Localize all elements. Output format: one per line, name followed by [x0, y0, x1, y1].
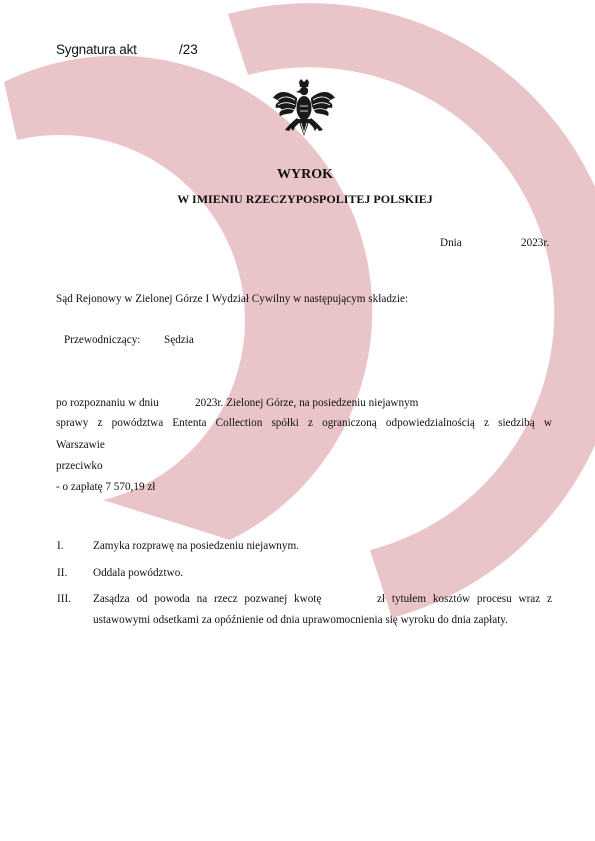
- ruling-text: Zasądza od powoda na rzecz pozwanej kwot…: [93, 593, 552, 606]
- against-label: przeciwko: [56, 460, 103, 473]
- ruling-text: Oddala powództwo.: [93, 567, 183, 580]
- ruling-text: Zamyka rozprawę na posiedzeniu niejawnym…: [93, 540, 299, 553]
- polish-eagle-emblem-icon: [270, 78, 338, 146]
- hearing-date-suffix: 2023r. Zielonej Górze, na posiedzeniu ni…: [195, 397, 418, 410]
- ruling-text-after-amount: zł tytułem kosztów procesu wraz z: [377, 593, 552, 605]
- judgment-title: WYROK: [0, 168, 595, 181]
- court-composition: Sąd Rejonowy w Zielonej Górze I Wydział …: [56, 293, 408, 306]
- ruling-number: I.: [57, 540, 64, 553]
- claim-subject: - o zapłatę 7 570,19 zł: [56, 481, 155, 494]
- claimant-city: Warszawie: [56, 439, 105, 452]
- claim-description: sprawy z powództwa Ententa Collection sp…: [56, 417, 552, 430]
- ruling-number: III.: [57, 593, 71, 606]
- ruling-continuation: ustawowymi odsetkami za opóźnienie od dn…: [93, 614, 508, 627]
- hearing-date-prefix: po rozpoznaniu w dniu: [56, 397, 159, 410]
- date-label: Dnia: [440, 237, 462, 250]
- ruling-text-before-amount: Zasądza od powoda na rzecz pozwanej kwot…: [93, 593, 321, 605]
- judgment-subtitle: W IMIENIU RZECZYPOSPOLITEJ POLSKIEJ: [0, 193, 595, 206]
- presiding-judge-title: Sędzia: [164, 334, 194, 347]
- case-signature-number: /23: [179, 43, 198, 56]
- presiding-judge-label: Przewodniczący:: [64, 334, 140, 347]
- case-signature-label: Sygnatura akt: [56, 43, 137, 56]
- date-year: 2023r.: [521, 237, 549, 250]
- document-page: Sygnatura akt /23: [0, 0, 595, 841]
- ruling-number: II.: [57, 567, 67, 580]
